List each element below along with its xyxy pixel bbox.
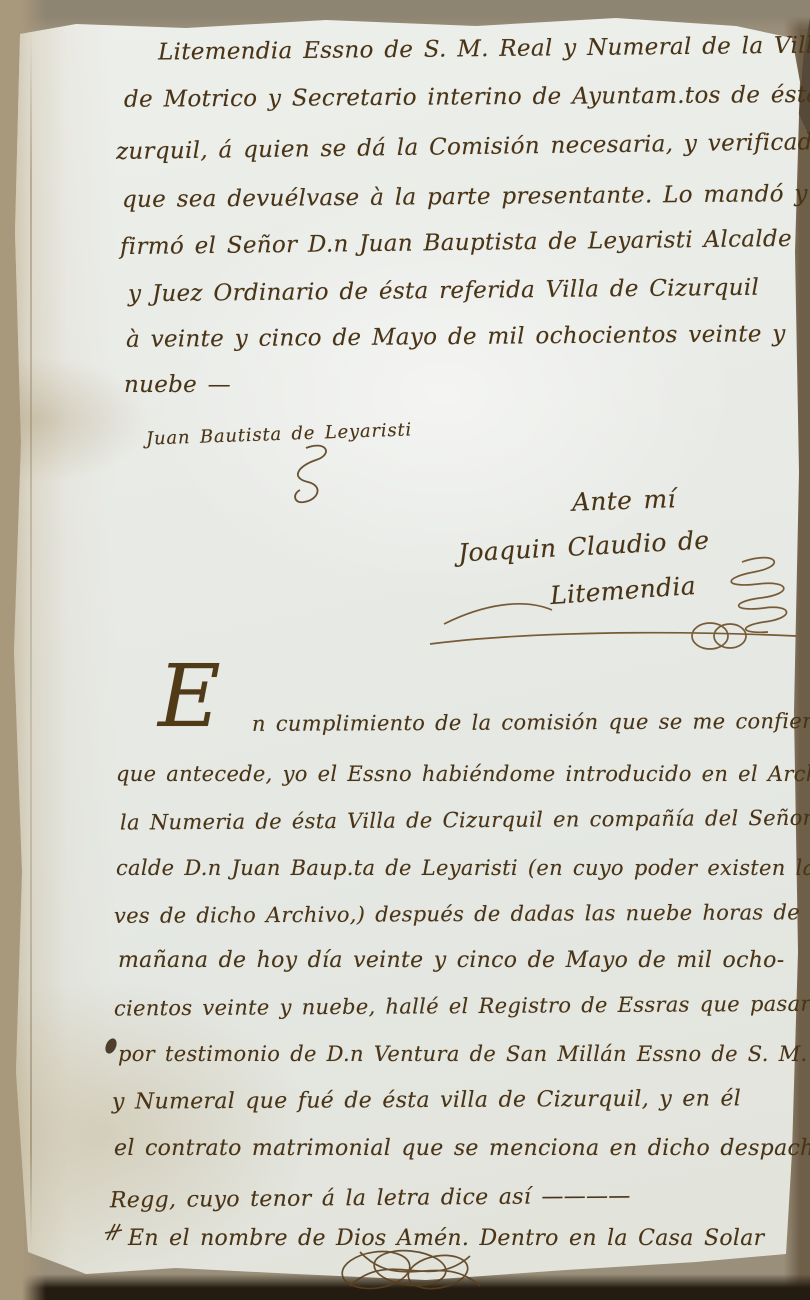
diligence-line: el contrato matrimonial que se menciona … (114, 1138, 810, 1160)
signature-rubric-flourish (268, 444, 338, 516)
diligence-line: ves de dicho Archivo,) después de dadas … (114, 902, 810, 927)
notary-rubric-flourish (424, 532, 804, 652)
manuscript-scan: Litemendia Essno de S. M. Real y Numeral… (0, 0, 810, 1300)
diligence-line: n cumplimiento de la comisión que se me … (252, 710, 810, 735)
diligence-initial: E (158, 654, 221, 740)
diligence-line: cientos veinte y nuebe, hallé el Registr… (114, 993, 810, 1019)
diligence-line: que antecede, yo el Essno habiéndome int… (116, 764, 810, 785)
attestation-ante-mi: Ante mí (572, 486, 677, 515)
diligence-line: calde D.n Juan Baup.ta de Leyaristi (en … (116, 858, 810, 879)
decree-line: à veinte y cinco de Mayo de mil ochocien… (126, 323, 786, 352)
diligence-line: y Numeral que fué de ésta villa de Cizur… (112, 1088, 741, 1113)
diligence-line: Regg, cuyo tenor á la letra dice así ———… (110, 1186, 631, 1213)
diligence-line: mañana de hoy día veinte y cinco de Mayo… (118, 950, 784, 972)
paragraph-mark-icon (104, 1222, 124, 1242)
diligence-line: por testimonio de D.n Ventura de San Mil… (118, 1044, 807, 1065)
decree-line: que sea devuélvase à la parte presentant… (122, 183, 808, 212)
diligence-line: la Numeria de ésta Villa de Cizurquil en… (120, 807, 810, 833)
binding-crease (30, 32, 32, 1246)
closing-crosshatch-flourish (330, 1242, 490, 1300)
decree-line: nuebe — (124, 374, 231, 397)
decree-line: de Motrico y Secretario interino de Ayun… (124, 83, 810, 111)
